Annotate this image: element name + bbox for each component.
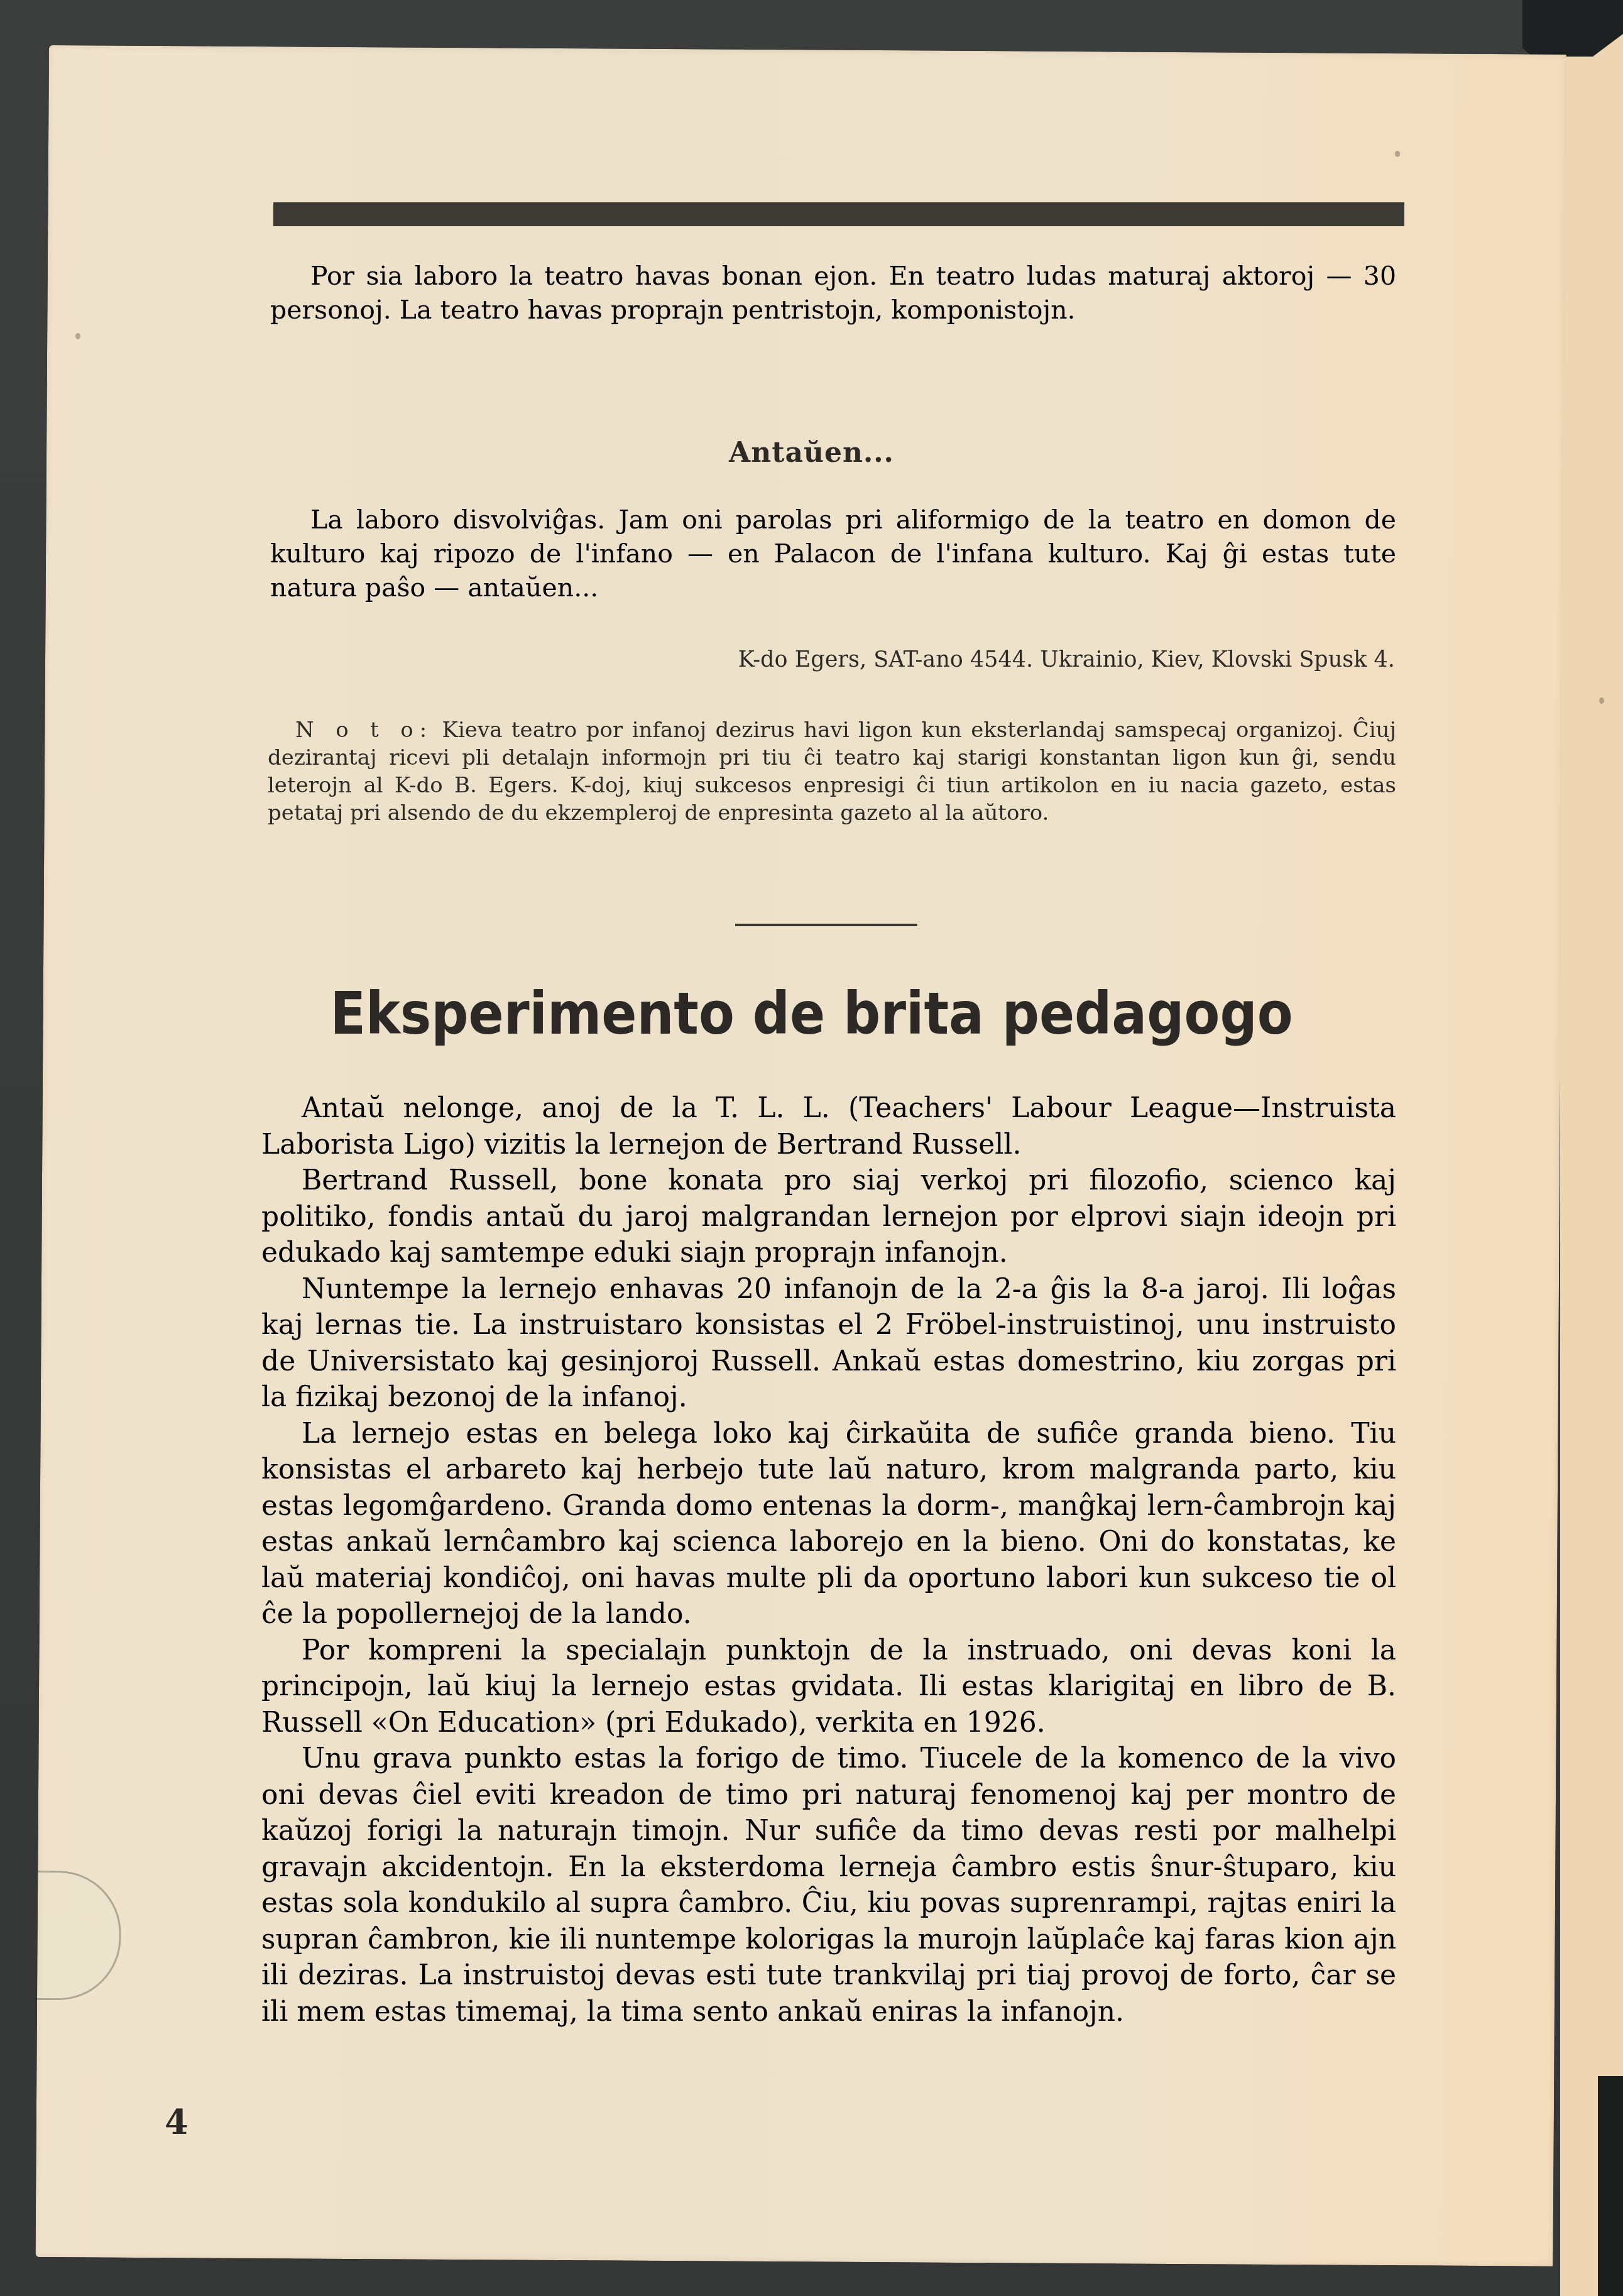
previous-article-body: La laboro disvolviĝas. Jam oni parolas p… [270,503,1396,604]
article-title: Eksperimento de brita pedagogo [81,980,1542,1047]
paper-speck [75,333,80,339]
note-label: N o t o: [295,718,433,743]
header-rule [273,202,1404,226]
paragraph: La lernejo estas en belega loko kaj ĉirk… [261,1416,1396,1632]
paragraph: Nuntempe la lernejo enhavas 20 infanojn … [261,1271,1396,1416]
page-number: 4 [165,2102,189,2142]
subheading: Antaŭen... [0,437,1623,469]
paragraph: Antaŭ nelonge, anoj de la T. L. L. (Teac… [261,1090,1396,1162]
paragraph: La laboro disvolviĝas. Jam oni parolas p… [270,503,1396,604]
paragraph: Bertrand Russell, bone konata pro siaj v… [261,1162,1396,1271]
section-divider [735,924,917,926]
paper-speck [1395,151,1400,157]
article-body: Antaŭ nelonge, anoj de la T. L. L. (Teac… [261,1090,1396,2030]
paper-clip-icon [37,1871,121,2001]
note-text: Kieva teatro por infanoj dezirus havi li… [268,718,1396,826]
paragraph: Unu grava punkto estas la forigo de timo… [261,1741,1396,2030]
paragraph: Por kompreni la specialajn punktojn de l… [261,1632,1396,1741]
previous-article-intro: Por sia laboro la teatro havas bonan ejo… [270,259,1396,327]
next-page-edge [1560,0,1623,2296]
paragraph: Por sia laboro la teatro havas bonan ejo… [270,259,1396,327]
paper-speck [1599,697,1604,704]
author-signature: K-do Egers, SAT-ano 4544. Ukrainio, Kiev… [496,647,1395,672]
binding-corner-bottom [1598,2076,1623,2296]
editorial-note: N o t o: Kieva teatro por infanoj deziru… [268,716,1396,827]
